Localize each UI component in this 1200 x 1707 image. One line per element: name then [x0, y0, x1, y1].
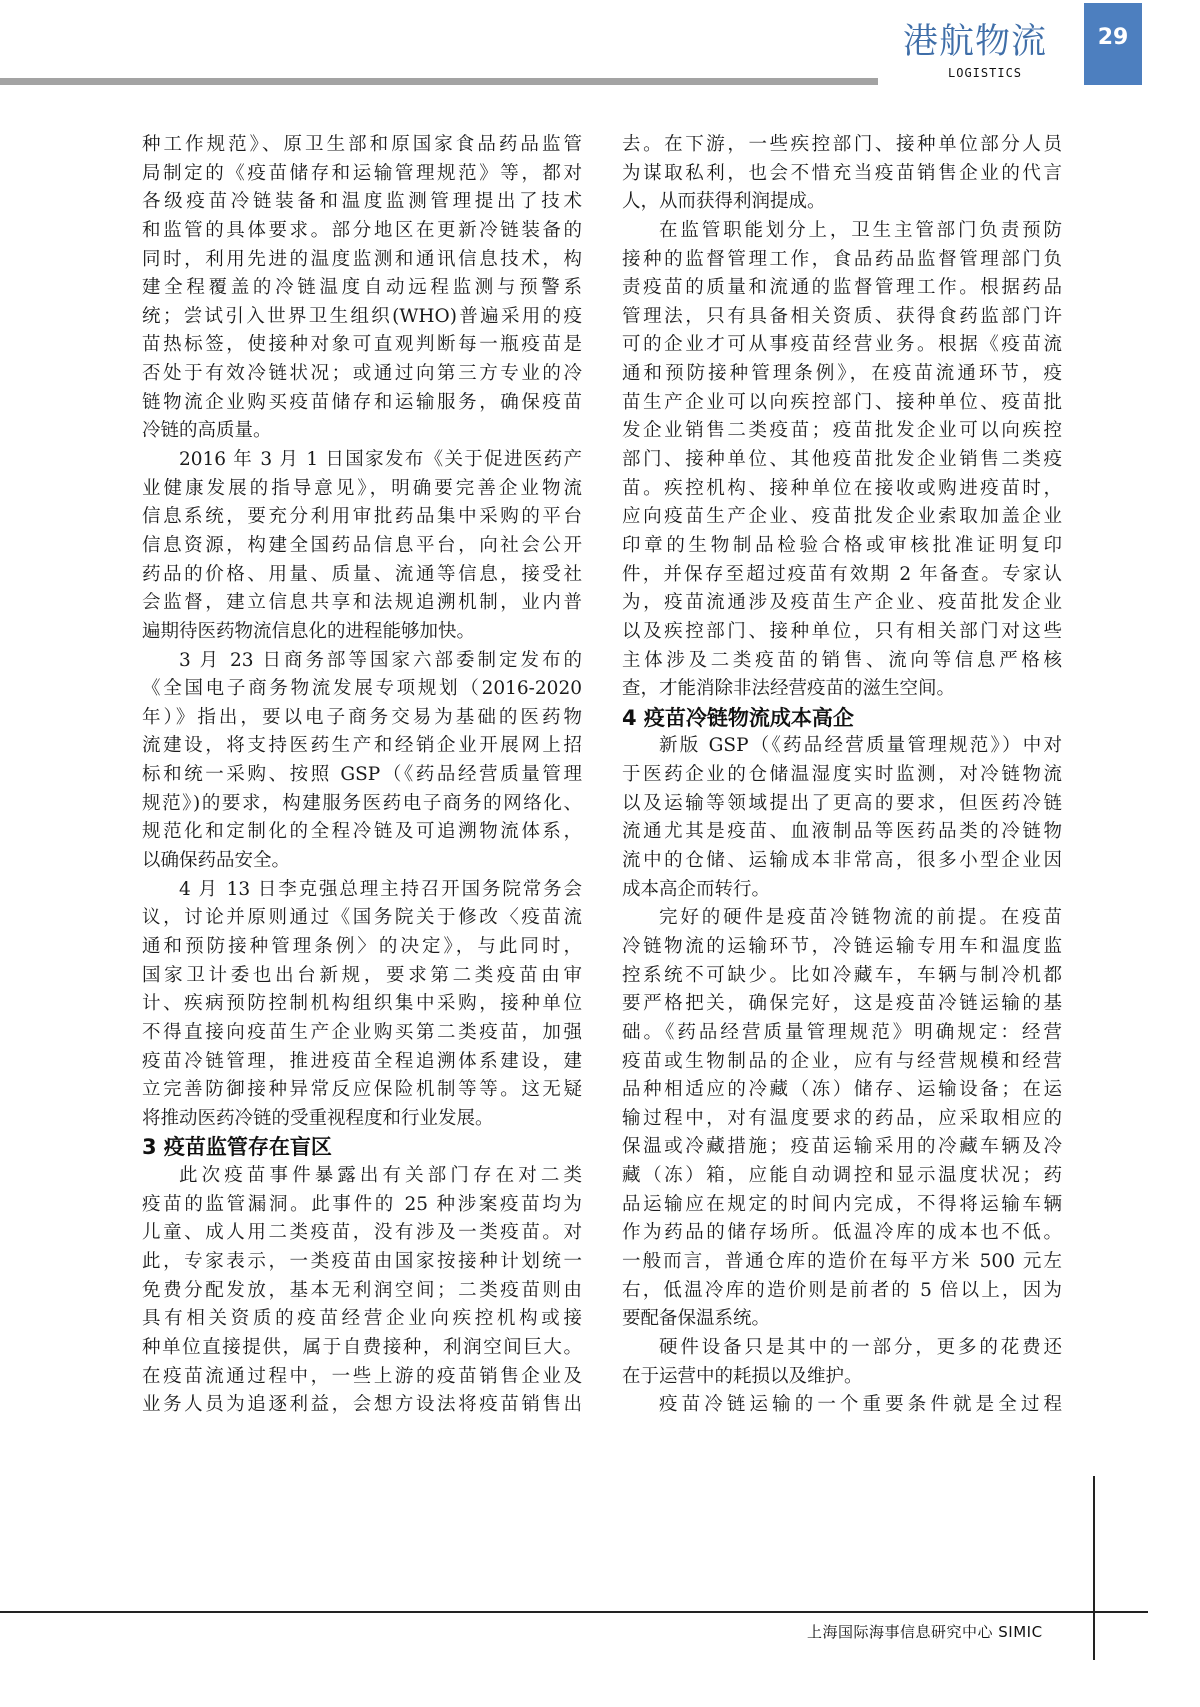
- paragraph-start-line: 4 月 13 日李克强总理主持召开国务院常务会: [142, 876, 582, 905]
- text-line: 件，并保存至超过疫苗有效期 2 年备查。专家认: [622, 561, 1062, 590]
- text-line: 不得直接向疫苗生产企业购买第二类疫苗，加强: [142, 1019, 582, 1048]
- paragraph-start-line: 3 月 23 日商务部等国家六部委制定发布的: [142, 647, 582, 676]
- text-line: 建全程覆盖的冷链温度自动远程监测与预警系: [142, 274, 582, 303]
- text-line: 一般而言，普通仓库的造价在每平方米 500 元左: [622, 1248, 1062, 1277]
- text-line: 种单位直接提供，属于自费接种，利润空间巨大。: [142, 1334, 582, 1363]
- text-line: 儿童、成人用二类疫苗，没有涉及一类疫苗。对: [142, 1219, 582, 1248]
- text-line: 标和统一采购、按照 GSP（《药品经营质量管理: [142, 761, 582, 790]
- text-line: 主体涉及二类疫苗的销售、流向等信息严格核: [622, 647, 1062, 676]
- text-line: 国家卫计委也出台新规，要求第二类疫苗由审: [142, 962, 582, 991]
- paragraph-end-line: 遍期待医药物流信息化的进程能够加快。: [142, 618, 582, 647]
- text-line: 药品的价格、用量、质量、流通等信息，接受社: [142, 561, 582, 590]
- text-line: 疫苗或生物制品的企业，应有与经营规模和经营: [622, 1048, 1062, 1077]
- page-number: 29: [1084, 25, 1142, 50]
- magazine-subtitle: LOGISTICS: [948, 66, 1022, 80]
- text-line: 业务人员为追逐利益，会想方设法将疫苗销售出: [142, 1391, 582, 1420]
- text-line: 责疫苗的质量和流通的监督管理工作。根据药品: [622, 274, 1062, 303]
- text-line: 以及疾控部门、接种单位，只有相关部门对这些: [622, 618, 1062, 647]
- text-line: 免费分配发放，基本无利润空间；二类疫苗则由: [142, 1277, 582, 1306]
- text-line: 应向疫苗生产企业、疫苗批发企业索取加盖企业: [622, 503, 1062, 532]
- right-column: 去。在下游，一些疾控部门、接种单位部分人员为谋取私利，也会不惜充当疫苗销售企业的…: [622, 131, 1062, 1420]
- text-line: 流建设，将支持医药生产和经销企业开展网上招: [142, 732, 582, 761]
- text-line: 通和预防接种管理条例》，在疫苗流通环节，疫: [622, 360, 1062, 389]
- text-line: 品运输应在规定的时间内完成，不得将运输车辆: [622, 1191, 1062, 1220]
- text-line: 发企业销售二类疫苗；疫苗批发企业可以向疾控: [622, 417, 1062, 446]
- text-line: 通和预防接种管理条例〉的决定》，与此同时，: [142, 933, 582, 962]
- text-line: 链物流企业购买疫苗储存和运输服务，确保疫苗: [142, 389, 582, 418]
- text-line: 苗生产企业可以向疾控部门、接种单位、疫苗批: [622, 389, 1062, 418]
- text-line: 部门、接种单位、其他疫苗批发企业销售二类疫: [622, 446, 1062, 475]
- text-line: 和监管的具体要求。部分地区在更新冷链装备的: [142, 217, 582, 246]
- text-line: 为，疫苗流通涉及疫苗生产企业、疫苗批发企业: [622, 589, 1062, 618]
- text-line: 年）》指出，要以电子商务交易为基础的医药物: [142, 704, 582, 733]
- text-line: 要严格把关，确保完好，这是疫苗冷链运输的基: [622, 990, 1062, 1019]
- text-line: 管理法，只有具备相关资质、获得食药监部门许: [622, 303, 1062, 332]
- text-line: 各级疫苗冷链装备和温度监测管理提出了技术: [142, 188, 582, 217]
- text-line: 业健康发展的指导意见》，明确要完善企业物流: [142, 475, 582, 504]
- paragraph-end-line: 将推动医药冷链的受重视程度和行业发展。: [142, 1105, 582, 1134]
- text-line: 同时，利用先进的温度监测和通讯信息技术，构: [142, 246, 582, 275]
- text-line: 础。《药品经营质量管理规范》明确规定：经营: [622, 1019, 1062, 1048]
- left-column: 种工作规范》、原卫生部和原国家食品药品监管局制定的《疫苗储存和运输管理规范》等，…: [142, 131, 582, 1420]
- text-line: 具有相关资质的疫苗经营企业向疾控机构或接: [142, 1305, 582, 1334]
- paragraph-start-line: 新版 GSP（《药品经营质量管理规范》）中对: [622, 732, 1062, 761]
- text-line: 去。在下游，一些疾控部门、接种单位部分人员: [622, 131, 1062, 160]
- text-line: 疫苗冷链管理，推进疫苗全程追溯体系建设，建: [142, 1048, 582, 1077]
- text-line: 规范》)的要求，构建服务医药电子商务的网络化、: [142, 790, 582, 819]
- text-line: 作为药品的储存场所。低温冷库的成本也不低。: [622, 1219, 1062, 1248]
- paragraph-end-line: 成本高企而转行。: [622, 876, 1062, 905]
- page-number-box: 29: [1084, 3, 1142, 85]
- text-line: 否处于有效冷链状况；或通过向第三方专业的冷: [142, 360, 582, 389]
- text-line: 保温或冷藏措施；疫苗运输采用的冷藏车辆及冷: [622, 1133, 1062, 1162]
- text-line: 以及运输等领域提出了更高的要求，但医药冷链: [622, 790, 1062, 819]
- text-line: 信息资源，构建全国药品信息平台，向社会公开: [142, 532, 582, 561]
- text-line: 于医药企业的仓储温湿度实时监测，对冷链物流: [622, 761, 1062, 790]
- paragraph-end-line: 在于运营中的耗损以及维护。: [622, 1363, 1062, 1392]
- paragraph-end-line: 要配备保温系统。: [622, 1305, 1062, 1334]
- text-line: 《全国电子商务物流发展专项规划（2016-2020: [142, 675, 582, 704]
- text-line: 为谋取私利，也会不惜充当疫苗销售企业的代言: [622, 160, 1062, 189]
- text-line: 藏（冻）箱，应能自动调控和显示温度状况；药: [622, 1162, 1062, 1191]
- paragraph-end-line: 人，从而获得利润提成。: [622, 188, 1062, 217]
- magazine-title: 港航物流: [903, 20, 1047, 64]
- text-line: 局制定的《疫苗储存和运输管理规范》等，都对: [142, 160, 582, 189]
- text-line: 在疫苗流通过程中，一些上游的疫苗销售企业及: [142, 1363, 582, 1392]
- paragraph-start-line: 此次疫苗事件暴露出有关部门存在对二类: [142, 1162, 582, 1191]
- text-line: 控系统不可缺少。比如冷藏车，车辆与制冷机都: [622, 962, 1062, 991]
- section-heading: 4 疫苗冷链物流成本高企: [622, 704, 1062, 733]
- text-line: 接种的监督管理工作，食品药品监督管理部门负: [622, 246, 1062, 275]
- paragraph-start-line: 2016 年 3 月 1 日国家发布《关于促进医药产: [142, 446, 582, 475]
- footer-publisher: 上海国际海事信息研究中心 SIMIC: [807, 1621, 1043, 1642]
- header-gray-bar: [0, 78, 878, 85]
- paragraph-start-line: 在监管职能划分上，卫生主管部门负责预防: [622, 217, 1062, 246]
- text-line: 立完善防御接种异常反应保险机制等等。这无疑: [142, 1076, 582, 1105]
- section-heading: 3 疫苗监管存在盲区: [142, 1133, 582, 1162]
- text-line: 冷链物流的运输环节，冷链运输专用车和温度监: [622, 933, 1062, 962]
- paragraph-start-line: 硬件设备只是其中的一部分，更多的花费还: [622, 1334, 1062, 1363]
- text-line: 疫苗的监管漏洞。此事件的 25 种涉案疫苗均为: [142, 1191, 582, 1220]
- text-line: 会监督，建立信息共享和法规追溯机制，业内普: [142, 589, 582, 618]
- text-line: 信息系统，要充分利用审批药品集中采购的平台: [142, 503, 582, 532]
- text-line: 印章的生物制品检验合格或审核批准证明复印: [622, 532, 1062, 561]
- footer-rule: [0, 1611, 1148, 1613]
- footer-vertical-rule: [1093, 1476, 1095, 1660]
- text-line: 可的企业才可从事疫苗经营业务。根据《疫苗流: [622, 331, 1062, 360]
- text-line: 此，专家表示，一类疫苗由国家按接种计划统一: [142, 1248, 582, 1277]
- text-line: 流通尤其是疫苗、血液制品等医药品类的冷链物: [622, 818, 1062, 847]
- text-line: 苗热标签，使接种对象可直观判断每一瓶疫苗是: [142, 331, 582, 360]
- text-line: 右，低温冷库的造价则是前者的 5 倍以上，因为: [622, 1277, 1062, 1306]
- text-line: 输过程中，对有温度要求的药品，应采取相应的: [622, 1105, 1062, 1134]
- text-line: 种工作规范》、原卫生部和原国家食品药品监管: [142, 131, 582, 160]
- paragraph-end-line: 查，才能消除非法经营疫苗的滋生空间。: [622, 675, 1062, 704]
- paragraph-end-line: 冷链的高质量。: [142, 417, 582, 446]
- text-line: 品种相适应的冷藏（冻）储存、运输设备；在运: [622, 1076, 1062, 1105]
- paragraph-start-line: 疫苗冷链运输的一个重要条件就是全过程: [622, 1391, 1062, 1420]
- paragraph-end-line: 以确保药品安全。: [142, 847, 582, 876]
- text-line: 计、疾病预防控制机构组织集中采购，接种单位: [142, 990, 582, 1019]
- paragraph-start-line: 完好的硬件是疫苗冷链物流的前提。在疫苗: [622, 904, 1062, 933]
- text-line: 苗。疾控机构、接种单位在接收或购进疫苗时，: [622, 475, 1062, 504]
- text-line: 议，讨论并原则通过《国务院关于修改〈疫苗流: [142, 904, 582, 933]
- text-line: 流中的仓储、运输成本非常高，很多小型企业因: [622, 847, 1062, 876]
- text-line: 规范化和定制化的全程冷链及可追溯物流体系，: [142, 818, 582, 847]
- text-line: 统；尝试引入世界卫生组织(WHO)普遍采用的疫: [142, 303, 582, 332]
